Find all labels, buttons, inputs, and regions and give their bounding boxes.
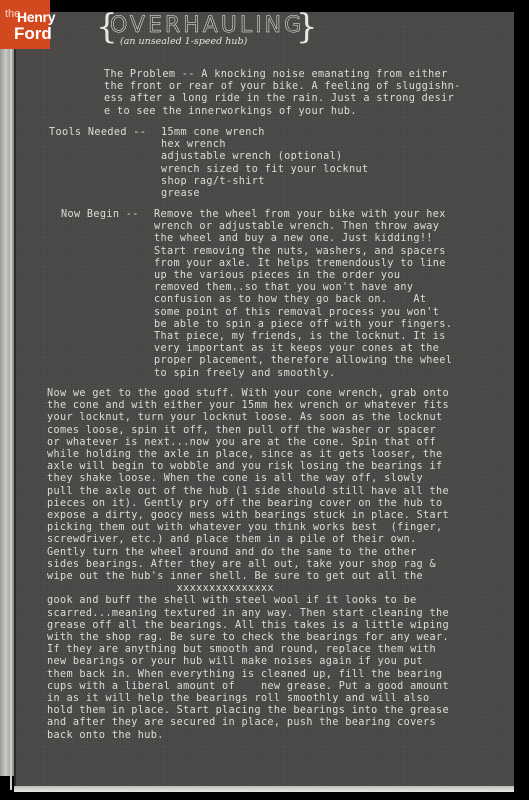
- begin-paragraph: Remove the wheel from your bike with you…: [154, 209, 452, 380]
- tool-item: hex wrench: [161, 139, 368, 151]
- text-line: xxxxxxxxxxxxxxx: [47, 583, 449, 595]
- text-line: e to see the innerworkings of your hub.: [104, 106, 461, 118]
- text-line: gook and buff the shell with steel wool …: [47, 595, 449, 607]
- problem-paragraph: The Problem -- A knocking noise emanatin…: [104, 69, 461, 118]
- tools-list: 15mm cone wrenchhex wrenchadjustable wre…: [161, 127, 368, 200]
- begin-label: Now Begin --: [61, 209, 139, 221]
- text-line: the wheel and buy a new one. Just kiddin…: [154, 233, 452, 245]
- logo-henry: Henry: [17, 9, 55, 25]
- tool-item: 15mm cone wrench: [161, 127, 368, 139]
- text-line: and after they are secured in place, pus…: [47, 717, 449, 729]
- henry-ford-logo: the Henry Ford: [0, 0, 50, 49]
- text-line: them back in. When everything is cleaned…: [47, 669, 449, 681]
- tool-item: adjustable wrench (optional): [161, 151, 368, 163]
- text-line: new bearings or your hub will make noise…: [47, 656, 449, 668]
- text-line: the cone and with either your 15mm hex w…: [47, 400, 449, 412]
- text-line: sides bearings. After they are all out, …: [47, 559, 449, 571]
- text-line: the front or rear of your bike. A feelin…: [104, 81, 461, 93]
- text-line: grease off all the bearings. All this ta…: [47, 620, 449, 632]
- text-line: If they are anything but smooth and roun…: [47, 644, 449, 656]
- text-line: up the various pieces in the order you: [154, 270, 452, 282]
- text-line: cups with a liberal amount of new grease…: [47, 681, 449, 693]
- page-edge-bottom: [14, 786, 514, 792]
- text-line: expose a dirty, goocy mess with bearings…: [47, 510, 449, 522]
- text-line: removed them..so that you won't have any: [154, 282, 452, 294]
- tool-item: wrench sized to fit your locknut: [161, 164, 368, 176]
- text-line: pieces on it). Gently pry off the bearin…: [47, 498, 449, 510]
- text-line: picking them out with whatever you think…: [47, 522, 449, 534]
- text-line: while holding the axle in place, since a…: [47, 449, 449, 461]
- text-line: in as it will help the bearings roll smo…: [47, 693, 449, 705]
- text-line: wrench or adjustable wrench. Then throw …: [154, 221, 452, 233]
- text-line: back onto the hub.: [47, 730, 449, 742]
- text-line: hold them in place. Start placing the be…: [47, 705, 449, 717]
- text-line: scarred...meaning textured in any way. T…: [47, 608, 449, 620]
- text-line: screwdriver, etc.) and place them in a p…: [47, 534, 449, 546]
- tool-item: grease: [161, 188, 368, 200]
- text-line: proper placement, therefore allowing the…: [154, 355, 452, 367]
- title-main: OVERHAULING: [110, 13, 304, 38]
- text-line: your locknut, turn your locknut loose. A…: [47, 412, 449, 424]
- text-line: they shake loose. When the cone is all t…: [47, 473, 449, 485]
- text-line: from your axle. It helps tremendously to…: [154, 258, 452, 270]
- text-line: ess after a long ride in the rain. Just …: [104, 93, 461, 105]
- text-line: wipe out the hub's inner shell. Be sure …: [47, 571, 449, 583]
- main-body-paragraph: Now we get to the good stuff. With your …: [47, 388, 449, 742]
- text-line: Gently turn the wheel around and do the …: [47, 547, 449, 559]
- text-line: The Problem -- A knocking noise emanatin…: [104, 69, 461, 81]
- text-line: very important as it keeps your cones at…: [154, 343, 452, 355]
- text-line: pull the axle out of the hub (1 side sho…: [47, 486, 449, 498]
- page-edge: [10, 30, 12, 790]
- text-line: be able to spin a piece off with your fi…: [154, 319, 452, 331]
- text-line: Now we get to the good stuff. With your …: [47, 388, 449, 400]
- text-line: with the shop rag. Be sure to check the …: [47, 632, 449, 644]
- tools-label: Tools Needed --: [49, 127, 146, 139]
- text-line: That piece, my friends, is the locknut. …: [154, 331, 452, 343]
- text-line: or whatever is next...now you are at the…: [47, 437, 449, 449]
- text-line: to spin freely and smoothly.: [154, 368, 452, 380]
- handwritten-title: OVERHAULING (an unsealed 1-speed hub): [110, 13, 304, 47]
- text-line: axle will begin to wobble and you risk l…: [47, 461, 449, 473]
- text-line: comes loose, spin it off, then pull off …: [47, 425, 449, 437]
- text-line: Start removing the nuts, washers, and sp…: [154, 246, 452, 258]
- text-line: confusion as to how they go back on. At: [154, 294, 452, 306]
- logo-ford: Ford: [14, 24, 52, 44]
- text-line: Remove the wheel from your bike with you…: [154, 209, 452, 221]
- text-line: some point of this removal process you w…: [154, 307, 452, 319]
- tool-item: shop rag/t-shirt: [161, 176, 368, 188]
